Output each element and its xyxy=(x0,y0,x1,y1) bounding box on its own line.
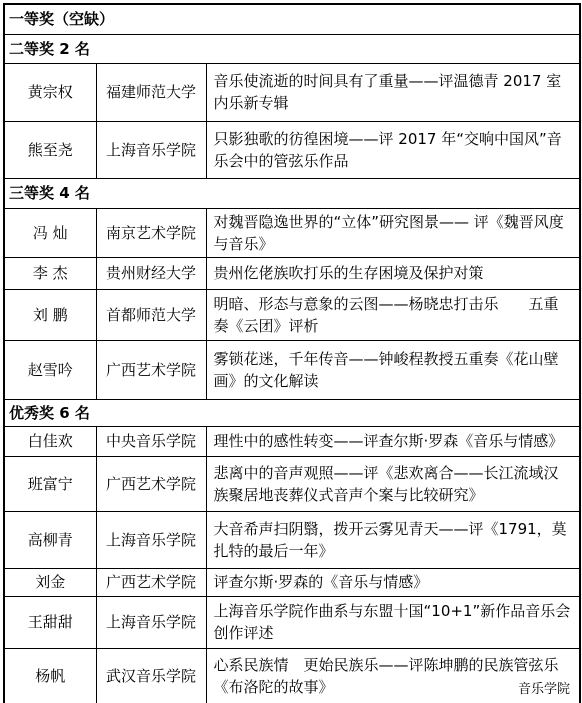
winner-name: 杨帆 xyxy=(4,648,96,703)
winner-university: 广西艺术学院 xyxy=(96,340,206,399)
section-row: 三等奖 4 名 xyxy=(4,178,580,208)
section-label-excellence-prize: 优秀奖 6 名 xyxy=(4,399,580,426)
work-title: 大音希声扫阴翳，拨开云雾见青天——评《1791，莫扎特的最后一年》 xyxy=(206,511,580,568)
work-title: 悲离中的音声观照——评《悲欢离合——长江流域汉族聚居地丧葬仪式音声个案与比较研究… xyxy=(206,456,580,511)
winner-university: 上海音乐学院 xyxy=(96,511,206,568)
winner-name: 黄宗权 xyxy=(4,63,96,121)
table-row: 王甜甜 上海音乐学院 上海音乐学院作曲系与东盟十国“10+1”新作品音乐会创作评… xyxy=(4,596,580,648)
work-title: 贵州仡佬族吹打乐的生存困境及保护对策 xyxy=(206,257,580,289)
work-title: 上海音乐学院作曲系与东盟十国“10+1”新作品音乐会创作评述 xyxy=(206,596,580,648)
winner-university: 上海音乐学院 xyxy=(96,596,206,648)
work-title: 雾锁花迷，千年传音——钟峻程教授五重奏《花山壁画》的文化解读 xyxy=(206,340,580,399)
table-row: 高柳青 上海音乐学院 大音希声扫阴翳，拨开云雾见青天——评《1791，莫扎特的最… xyxy=(4,511,580,568)
section-row: 一等奖（空缺） xyxy=(4,4,580,34)
work-title: 只影独歌的彷徨困境——评 2017 年“交响中国风”音乐会中的管弦乐作品 xyxy=(206,121,580,178)
winner-name: 班富宁 xyxy=(4,456,96,511)
winner-university: 武汉音乐学院 xyxy=(96,648,206,703)
work-title: 评查尔斯·罗森的《音乐与情感》 xyxy=(206,568,580,596)
winner-name: 刘金 xyxy=(4,568,96,596)
table-row: 班富宁 广西艺术学院 悲离中的音声观照——评《悲欢离合——长江流域汉族聚居地丧葬… xyxy=(4,456,580,511)
document-page: 一等奖（空缺） 二等奖 2 名 黄宗权 福建师范大学 音乐使流逝的时间具有了重量… xyxy=(0,0,582,703)
table-row: 白佳欢 中央音乐学院 理性中的感性转变——评查尔斯·罗森《音乐与情感》 xyxy=(4,426,580,456)
winner-name: 李 杰 xyxy=(4,257,96,289)
section-row: 二等奖 2 名 xyxy=(4,34,580,63)
winner-name: 冯 灿 xyxy=(4,208,96,257)
work-title: 理性中的感性转变——评查尔斯·罗森《音乐与情感》 xyxy=(206,426,580,456)
section-label-third-prize: 三等奖 4 名 xyxy=(4,178,580,208)
table-row: 黄宗权 福建师范大学 音乐使流逝的时间具有了重量——评温德青 2017 室内乐新… xyxy=(4,63,580,121)
winner-university: 广西艺术学院 xyxy=(96,568,206,596)
section-label-first-prize: 一等奖（空缺） xyxy=(4,4,580,34)
section-row: 优秀奖 6 名 xyxy=(4,399,580,426)
table-row: 李 杰 贵州财经大学 贵州仡佬族吹打乐的生存困境及保护对策 xyxy=(4,257,580,289)
section-label-second-prize: 二等奖 2 名 xyxy=(4,34,580,63)
winner-name: 白佳欢 xyxy=(4,426,96,456)
winner-university: 中央音乐学院 xyxy=(96,426,206,456)
work-title: 明暗、形态与意象的云图——杨晓忠打击乐 五重奏《云团》评析 xyxy=(206,289,580,340)
winner-name: 王甜甜 xyxy=(4,596,96,648)
table-row: 刘 鹏 首都师范大学 明暗、形态与意象的云图——杨晓忠打击乐 五重奏《云团》评析 xyxy=(4,289,580,340)
table-row: 刘金 广西艺术学院 评查尔斯·罗森的《音乐与情感》 xyxy=(4,568,580,596)
table-row: 冯 灿 南京艺术学院 对魏晋隐逸世界的“立体”研究图景—— 评《魏晋风度与音乐》 xyxy=(4,208,580,257)
awards-table: 一等奖（空缺） 二等奖 2 名 黄宗权 福建师范大学 音乐使流逝的时间具有了重量… xyxy=(3,3,581,703)
winner-university: 贵州财经大学 xyxy=(96,257,206,289)
winner-name: 刘 鹏 xyxy=(4,289,96,340)
winner-university: 上海音乐学院 xyxy=(96,121,206,178)
work-title: 对魏晋隐逸世界的“立体”研究图景—— 评《魏晋风度与音乐》 xyxy=(206,208,580,257)
work-title: 音乐使流逝的时间具有了重量——评温德青 2017 室内乐新专辑 xyxy=(206,63,580,121)
winner-university: 广西艺术学院 xyxy=(96,456,206,511)
winner-university: 南京艺术学院 xyxy=(96,208,206,257)
table-row: 赵雪吟 广西艺术学院 雾锁花迷，千年传音——钟峻程教授五重奏《花山壁画》的文化解… xyxy=(4,340,580,399)
winner-name: 赵雪吟 xyxy=(4,340,96,399)
table-row: 杨帆 武汉音乐学院 心系民族情 更始民族乐——评陈坤鹏的民族管弦乐《布洛陀的故事… xyxy=(4,648,580,703)
winner-university: 福建师范大学 xyxy=(96,63,206,121)
winner-name: 高柳青 xyxy=(4,511,96,568)
table-row: 熊至尧 上海音乐学院 只影独歌的彷徨困境——评 2017 年“交响中国风”音乐会… xyxy=(4,121,580,178)
page-footer-label: 音乐学院 xyxy=(514,678,570,697)
winner-name: 熊至尧 xyxy=(4,121,96,178)
winner-university: 首都师范大学 xyxy=(96,289,206,340)
